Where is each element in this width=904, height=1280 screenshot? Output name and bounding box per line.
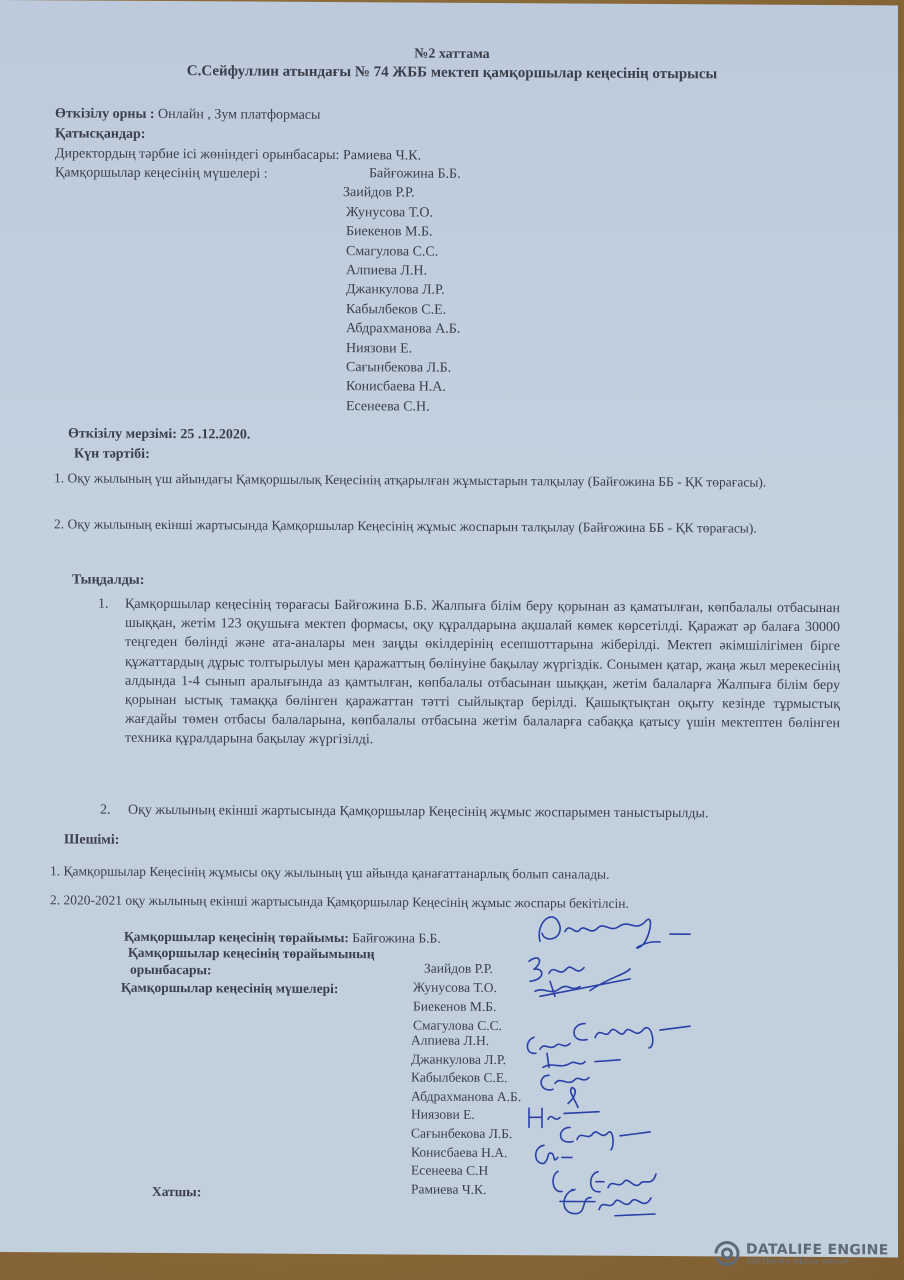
participants-label: Қатысқандар: [55,126,145,143]
sig-member: Кабылбеков С.Е. [411,1069,521,1088]
heard-item-1: 1. Қамқоршылар кеңесінің төрағасы Байғож… [98,595,840,753]
heard-label: Тыңдалды: [72,572,144,588]
decision-label: Шешімі: [64,832,119,848]
document-page: №2 хаттама С.Сейфуллин атындағы № 74 ЖББ… [0,0,898,1257]
deputy-name: Заийдов Р.Р. [424,961,493,977]
members-label: Қамқоршылар кеңесінің мүшелері : [55,165,268,182]
deputy-director: Директордың тәрбие ісі жөніндегі орынбас… [55,146,421,164]
sig-member: Биекенов М.Б. [413,999,496,1016]
heard-text: Оқу жылының екінші жартысында Қамқоршыла… [128,803,708,822]
member: Кабылбеков С.Е. [343,300,461,320]
signature-member-3 [565,1009,695,1050]
sig-member: Абдрахманова А.Б. [411,1087,521,1106]
heard-number: 2. [100,803,111,818]
watermark-subtitle: SOFTNEWS MEDIA GROUP [746,1258,889,1267]
heard-number: 1. [98,595,109,614]
venue-value: Онлайн , Зум платформасы [155,107,321,123]
member: Конисбаева Н.А. [343,378,461,398]
sig-member: Ниязови Е. [411,1106,521,1125]
sig-members-label: Қамқоршылар кеңесінің мүшелері: [121,980,338,997]
member: Байғожина Б.Б. [369,164,461,184]
member: Джанкулова Л.Р. [343,281,461,301]
sig-member: Жунусова Т.О. [413,980,497,997]
chair-name: Байғожина Б.Б. [352,930,440,946]
deputy-label: Қамқоршылар кеңесінің төрайымының [128,945,375,963]
sig-member: Есенеева С.Н [411,1162,521,1181]
member: Сағынбекова Л.Б. [343,358,461,378]
date-label: Өткізілу мерзімі: [68,426,177,442]
signature-secretary [555,1183,665,1224]
chair-label: Қамқоршылар кеңесінің төрайымы: [124,929,349,945]
agenda-item-2: 2. Оқу жылының екінші жартысында Қамқорш… [54,513,874,539]
agenda-label: Күн тәртібі: [74,446,150,462]
date-line: Өткізілу мерзімі: 25 .12.2020. [68,426,250,443]
member: Алпиева Л.Н. [343,261,461,281]
sig-member: Конисбаева Н.А. [411,1143,521,1162]
member: Есенеева С.Н. [343,397,461,417]
sig-member: Сағынбекова Л.Б. [411,1124,521,1143]
member: Заийдов Р.Р. [343,184,461,204]
secretary-label: Хатшы: [152,1184,201,1200]
signature-member-1 [530,966,640,1007]
decision-item-1: 1. Қамқоршылар Кеңесінің жұмысы оқу жылы… [50,863,610,882]
sig-member: Алпиева Л.Н. [411,1032,521,1051]
deputy-label-2: орынбасары: [130,962,212,978]
watermark: DATALIFE ENGINE SOFTNEWS MEDIA GROUP [712,1240,889,1267]
agenda-item-1: 1. Оқу жылының үш айындағы Қамқоршылық К… [54,467,854,493]
sig-member: Рамиева Ч.К. [411,1180,521,1199]
venue-line: Өткізілу орны : Онлайн , Зум платформасы [55,106,320,124]
member: Ниязови Е. [343,339,461,359]
watermark-title: DATALIFE ENGINE [746,1242,889,1259]
chair-line: Қамқоршылар кеңесінің төрайымы: Байғожин… [124,929,441,947]
sig-member: Джанкулова Л.Р. [411,1050,521,1069]
datalife-logo-icon [712,1240,740,1266]
document-title: С.Сейфуллин атындағы № 74 ЖББ мектеп қам… [0,62,904,85]
date-value: 25 .12.2020. [180,427,250,442]
heard-item-2: 2. Оқу жылының екінші жартысында Қамқорш… [100,803,708,823]
heard-text: Қамқоршылар кеңесінің төрағасы Байғожина… [125,595,840,753]
venue-label: Өткізілу орны : [55,106,155,122]
member: Биекенов М.Б. [343,222,461,242]
members-list: Байғожина Б.Б. Заийдов Р.Р. Жунусова Т.О… [343,164,461,417]
member: Смагулова С.С. [343,242,461,262]
member: Абдрахманова А.Б. [343,319,461,339]
sig-members-list: Алпиева Л.Н. Джанкулова Л.Р. Кабылбеков … [411,1032,521,1200]
member: Жунусова Т.О. [343,203,461,223]
